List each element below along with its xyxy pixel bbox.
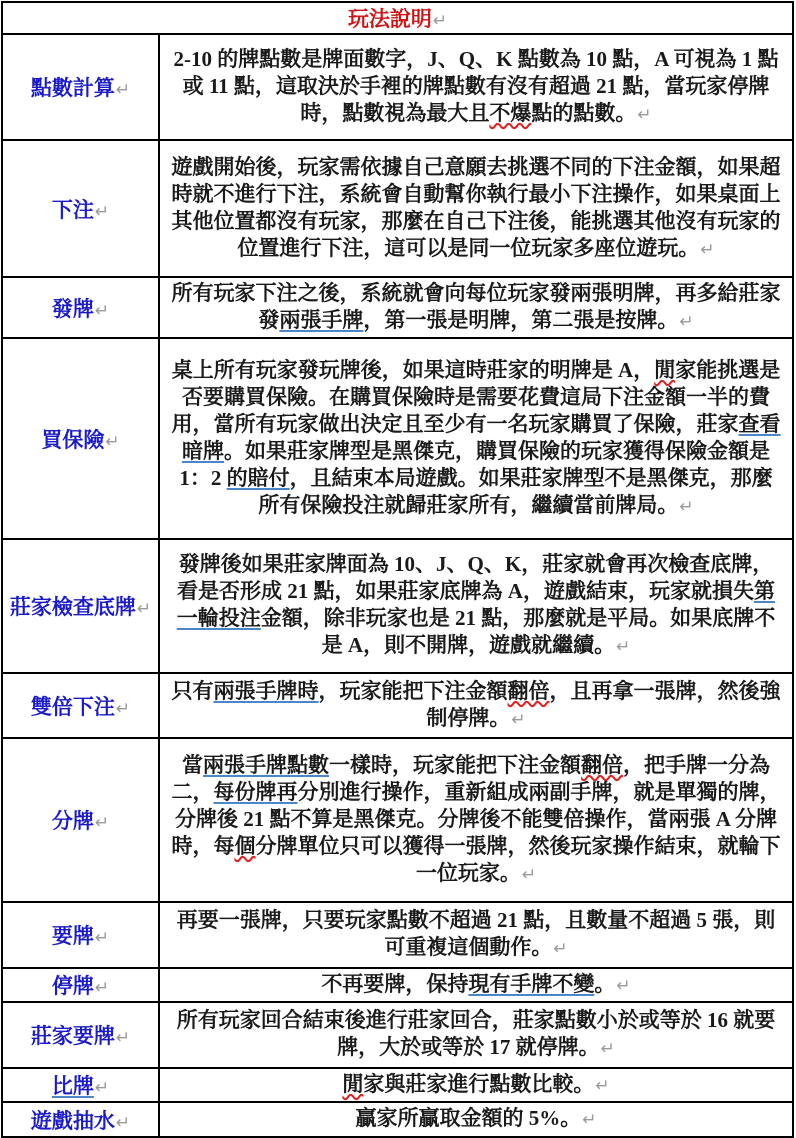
rule-content-cell: 遊戲開始後，玩家需依據自己意願去挑選不同的下注金額，如果超時就不進行下注，系統會…	[159, 140, 793, 277]
rule-content-cell: 閒家與莊家進行點數比較。↵	[159, 1068, 793, 1102]
paragraph-mark-icon: ↵	[521, 865, 536, 885]
paragraph-mark-icon: ↵	[94, 301, 109, 321]
rule-row: 分牌↵ 當兩張手牌點數一樣時，玩家能把下注金額翻倍，把手牌一分為二，每份牌再分別…	[2, 738, 793, 902]
paragraph-mark-icon: ↵	[115, 1113, 130, 1133]
document-page: 玩法說明↵ 點數計算↵ 2-10 的牌點數是牌面數字，J、Q、K 點數為 10 …	[0, 0, 796, 1138]
rules-table: 玩法說明↵ 點數計算↵ 2-10 的牌點數是牌面數字，J、Q、K 點數為 10 …	[1, 1, 794, 1138]
rule-label-cell: 分牌↵	[2, 738, 159, 902]
paragraph-mark-icon: ↵	[94, 1078, 109, 1098]
rule-content-cell: 不再要牌，保持現有手牌不變。↵	[159, 968, 793, 1002]
rule-row: 買保險↵ 桌上所有玩家發玩牌後，如果這時莊家的明牌是 A，閒家能挑選是否要購買保…	[2, 338, 793, 539]
paragraph-mark-icon: ↵	[699, 240, 714, 260]
rule-row: 莊家要牌↵ 所有玩家回合結束後進行莊家回合，莊家點數小於或等於 16 就要牌，大…	[2, 1002, 793, 1068]
paragraph-mark-icon: ↵	[615, 637, 630, 657]
rule-content: 當兩張手牌點數一樣時，玩家能把下注金額翻倍，把手牌一分為二，每份牌再分別進行操作…	[172, 753, 781, 885]
rule-label: 遊戲抽水	[31, 1109, 115, 1133]
rule-label-cell: 買保險↵	[2, 338, 159, 539]
rule-label-cell: 點數計算↵	[2, 34, 159, 140]
rule-row: 要牌↵ 再要一張牌，只要玩家點數不超過 21 點，且數量不超過 5 張，則可重複…	[2, 902, 793, 968]
rule-label: 下注	[52, 198, 94, 222]
paragraph-mark-icon: ↵	[552, 939, 567, 959]
rule-label: 分牌	[52, 809, 94, 833]
paragraph-mark-icon: ↵	[581, 1110, 596, 1130]
rule-row: 比牌↵ 閒家與莊家進行點數比較。↵	[2, 1068, 793, 1102]
paragraph-mark-icon: ↵	[94, 978, 109, 998]
rule-row: 雙倍下注↵ 只有兩張手牌時，玩家能把下注金額翻倍，且再拿一張牌，然後強制停牌。↵	[2, 673, 793, 738]
paragraph-mark-icon: ↵	[94, 928, 109, 948]
paragraph-mark-icon: ↵	[510, 710, 525, 730]
paragraph-mark-icon: ↵	[678, 312, 693, 332]
rule-row: 下注↵ 遊戲開始後，玩家需依據自己意願去挑選不同的下注金額，如果超時就不進行下注…	[2, 140, 793, 277]
rule-content: 不再要牌，保持現有手牌不變。	[321, 972, 615, 996]
rule-label: 比牌	[52, 1074, 94, 1098]
table-header-row: 玩法說明↵	[2, 2, 793, 34]
rule-content-cell: 所有玩家下注之後，系統就會向每位玩家發兩張明牌，再多給莊家發兩張手牌，第一張是明…	[159, 277, 793, 338]
rule-label: 莊家要牌	[31, 1024, 115, 1048]
paragraph-mark-icon: ↵	[115, 699, 130, 719]
rule-content-cell: 所有玩家回合結束後進行莊家回合，莊家點數小於或等於 16 就要牌，大於或等於 1…	[159, 1002, 793, 1068]
rule-label-cell: 莊家要牌↵	[2, 1002, 159, 1068]
rule-row: 停牌↵ 不再要牌，保持現有手牌不變。↵	[2, 968, 793, 1002]
rule-label-cell: 發牌↵	[2, 277, 159, 338]
rule-content: 所有玩家回合結束後進行莊家回合，莊家點數小於或等於 16 就要牌，大於或等於 1…	[177, 1008, 776, 1059]
rule-row: 點數計算↵ 2-10 的牌點數是牌面數字，J、Q、K 點數為 10 點，A 可視…	[2, 34, 793, 140]
paragraph-mark-icon: ↵	[94, 813, 109, 833]
paragraph-mark-icon: ↵	[104, 432, 119, 452]
table-title-cell: 玩法說明↵	[2, 2, 793, 34]
paragraph-mark-icon: ↵	[615, 976, 630, 996]
rule-content-cell: 發牌後如果莊家牌面為 10、J、Q、K，莊家就會再次檢查底牌，看是否形成 21 …	[159, 539, 793, 673]
rule-content-cell: 2-10 的牌點數是牌面數字，J、Q、K 點數為 10 點，A 可視為 1 點或…	[159, 34, 793, 140]
rule-label-cell: 雙倍下注↵	[2, 673, 159, 738]
rule-label-cell: 遊戲抽水↵	[2, 1102, 159, 1137]
table-title: 玩法說明	[348, 7, 432, 31]
rule-content: 再要一張牌，只要玩家點數不超過 21 點，且數量不超過 5 張，則可重複這個動作…	[177, 908, 776, 959]
rule-content: 只有兩張手牌時，玩家能把下注金額翻倍，且再拿一張牌，然後強制停牌。	[172, 679, 781, 730]
rule-label: 買保險	[41, 428, 104, 452]
rule-label-cell: 下注↵	[2, 140, 159, 277]
rule-content: 閒家與莊家進行點數比較。	[342, 1072, 594, 1096]
rule-label-cell: 比牌↵	[2, 1068, 159, 1102]
rule-content-cell: 當兩張手牌點數一樣時，玩家能把下注金額翻倍，把手牌一分為二，每份牌再分別進行操作…	[159, 738, 793, 902]
rule-row: 莊家檢查底牌↵ 發牌後如果莊家牌面為 10、J、Q、K，莊家就會再次檢查底牌，看…	[2, 539, 793, 673]
paragraph-mark-icon: ↵	[115, 80, 130, 100]
rule-label: 停牌	[52, 974, 94, 998]
paragraph-mark-icon: ↵	[594, 1076, 609, 1096]
rule-label: 要牌	[52, 924, 94, 948]
rule-label: 雙倍下注	[31, 695, 115, 719]
rule-content-cell: 桌上所有玩家發玩牌後，如果這時莊家的明牌是 A，閒家能挑選是否要購買保險。在購買…	[159, 338, 793, 539]
rule-content: 遊戲開始後，玩家需依據自己意願去挑選不同的下注金額，如果超時就不進行下注，系統會…	[172, 155, 781, 260]
rule-label: 莊家檢查底牌	[10, 595, 136, 619]
paragraph-mark-icon: ↵	[136, 599, 151, 619]
paragraph-mark-icon: ↵	[636, 105, 651, 125]
rule-label-cell: 要牌↵	[2, 902, 159, 968]
rule-row: 遊戲抽水↵ 贏家所贏取金額的 5%。↵	[2, 1102, 793, 1137]
rule-content-cell: 贏家所贏取金額的 5%。↵	[159, 1102, 793, 1137]
rule-label-cell: 停牌↵	[2, 968, 159, 1002]
paragraph-mark-icon: ↵	[432, 11, 447, 31]
paragraph-mark-icon: ↵	[115, 1028, 130, 1048]
paragraph-mark-icon: ↵	[600, 1039, 615, 1059]
rule-content: 發牌後如果莊家牌面為 10、J、Q、K，莊家就會再次檢查底牌，看是否形成 21 …	[177, 552, 776, 657]
rule-content: 2-10 的牌點數是牌面數字，J、Q、K 點數為 10 點，A 可視為 1 點或…	[174, 47, 779, 125]
rule-label-cell: 莊家檢查底牌↵	[2, 539, 159, 673]
rule-label: 點數計算	[31, 76, 115, 100]
paragraph-mark-icon: ↵	[678, 497, 693, 517]
paragraph-mark-icon: ↵	[94, 202, 109, 222]
rule-content: 贏家所贏取金額的 5%。	[356, 1106, 582, 1130]
rule-row: 發牌↵ 所有玩家下注之後，系統就會向每位玩家發兩張明牌，再多給莊家發兩張手牌，第…	[2, 277, 793, 338]
rule-label: 發牌	[52, 297, 94, 321]
rule-content: 桌上所有玩家發玩牌後，如果這時莊家的明牌是 A，閒家能挑選是否要購買保險。在購買…	[172, 358, 781, 517]
rule-content-cell: 只有兩張手牌時，玩家能把下注金額翻倍，且再拿一張牌，然後強制停牌。↵	[159, 673, 793, 738]
rule-content-cell: 再要一張牌，只要玩家點數不超過 21 點，且數量不超過 5 張，則可重複這個動作…	[159, 902, 793, 968]
